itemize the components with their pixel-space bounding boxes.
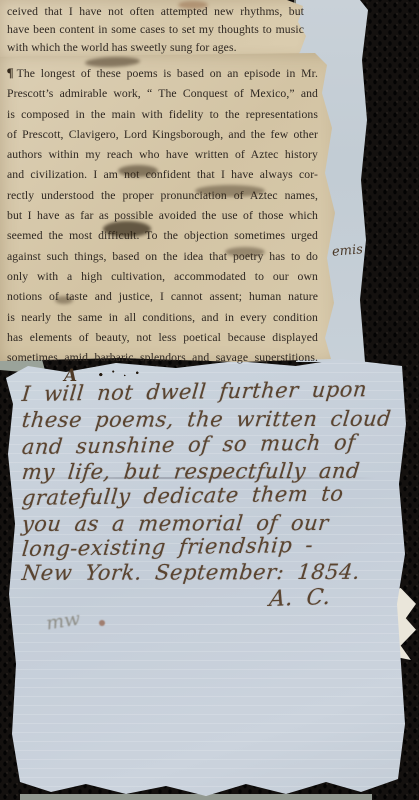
foxing-spot (99, 620, 105, 626)
manuscript-line: these poems, the written cloud (21, 407, 395, 432)
paragraph-mark-icon: ¶ (7, 65, 14, 80)
print-line: is nearly the same in all conditions, an… (7, 308, 318, 328)
manuscript-line: my life, but respectfully and (21, 459, 395, 484)
print-line: authors within my reach who have written… (7, 145, 318, 165)
print-line: with which the world has sweetly sung fo… (7, 39, 304, 57)
print-line: of Prescott, Clavigero, Lord Kingsboroug… (7, 125, 318, 145)
bottom-paper-sliver (20, 794, 372, 800)
print-line: but I have as far as possible avoided th… (7, 206, 318, 226)
ink-stain (118, 165, 158, 177)
print-line: Prescott’s admirable work, “ The Conques… (7, 84, 318, 104)
print-line: against such things, based on the idea t… (7, 247, 318, 267)
ink-stain (55, 296, 73, 304)
signature: A. C. (239, 584, 362, 613)
scanned-document: ceived that I have not often attempted n… (0, 0, 419, 800)
print-line-text: The longest of these poems is based on a… (17, 67, 318, 80)
print-line: notions of taste and justice, I cannot a… (7, 287, 318, 307)
print-line: rectly understood the proper pronunciati… (7, 186, 318, 206)
foxing-spot (178, 1, 208, 9)
manuscript-dateline: New York. September: 1854. (21, 560, 395, 585)
ink-specks (95, 368, 143, 380)
print-line: ¶The longest of these poems is based on … (7, 63, 318, 84)
print-line: is composed in the main with fidelity to… (7, 105, 318, 125)
clipping-main-text: ¶The longest of these poems is based on … (7, 63, 318, 368)
print-line: and civilization. I am not confident tha… (7, 165, 318, 185)
ink-stain (195, 185, 265, 197)
print-line: ceived that I have not often attempted n… (7, 3, 304, 21)
print-line: sometimes amid barbaric splendors and sa… (7, 348, 318, 368)
print-line: has elements of beauty, not less poetica… (7, 328, 318, 348)
ink-stain (103, 221, 151, 237)
print-line: have been content in some cases to set m… (7, 21, 304, 39)
marginalia-note: emis (331, 241, 374, 260)
ink-stain (225, 247, 265, 257)
print-line: only with a high cultivation, accommodat… (7, 267, 318, 287)
clipping-top-text: ceived that I have not often attempted n… (7, 3, 304, 57)
print-line: seemed the most difficult. To the object… (7, 226, 318, 246)
